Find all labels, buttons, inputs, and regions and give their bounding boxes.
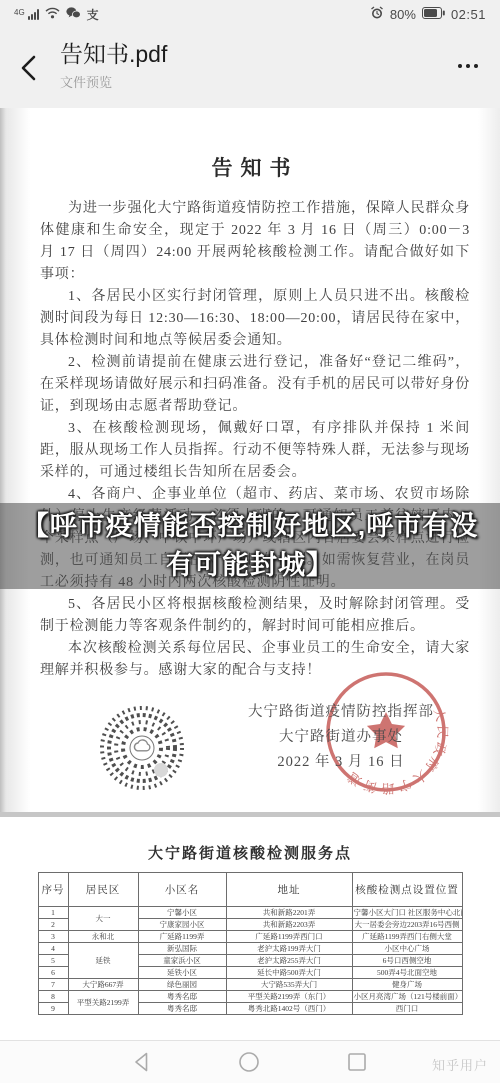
cell: 粤秀北路1402号（西门） [226, 1003, 352, 1015]
cell: 3 [38, 931, 68, 943]
header-titles: 告知书.pdf 文件预览 [60, 40, 167, 91]
cell: 平型关路2199弄（东门） [226, 991, 352, 1003]
table-title: 大宁路街道核酸检测服务点 [0, 842, 500, 863]
android-nav-bar: 知乎用户 [0, 1040, 500, 1083]
cell: 1 [38, 907, 68, 919]
cell: 平型关路2199弄 [68, 991, 138, 1015]
cell: 新弘国际 [138, 943, 226, 955]
table-row: 1 大一 宁馨小区 共和新路2201弄 宁馨小区大门口 社区服务中心北面 [38, 907, 462, 919]
cell: 7 [38, 979, 68, 991]
col-header-site: 核酸检测点设置位置 [352, 873, 462, 907]
notice-item-1: 1、各居民小区实行封闭管理，原则上人员只进不出。核酸检测时间段为每日 12:30… [40, 286, 470, 352]
cell: 9 [38, 1003, 68, 1015]
notice-intro: 为进一步强化大宁路街道疫情防控工作措施，保障人民群众身体健康和生命安全，现定于 … [40, 198, 470, 286]
col-header-district: 居民区 [68, 873, 138, 907]
nav-recents-icon[interactable] [346, 1051, 368, 1078]
col-header-index: 序号 [38, 873, 68, 907]
pdf-page-2[interactable]: 大宁路街道核酸检测服务点 序号 居民区 小区名 地址 核酸检测点设置位置 1 大… [0, 817, 500, 1040]
battery-icon [422, 7, 445, 22]
cell: 小区月亮湾广场（121号楼前面） [352, 991, 462, 1003]
back-button[interactable] [16, 52, 42, 84]
cell: 粤秀名邸 [138, 1003, 226, 1015]
cell: 大宁路535弄大门 [226, 979, 352, 991]
col-header-address: 地址 [226, 873, 352, 907]
notice-item-3: 3、在核酸检测现场，佩戴好口罩，有序排队并保持 1 米间距，服从现场工作人员指挥… [40, 418, 470, 484]
cell: 宁馨小区 [138, 907, 226, 919]
test-sites-table: 序号 居民区 小区名 地址 核酸检测点设置位置 1 大一 宁馨小区 共和新路22… [38, 872, 463, 1015]
cell: 大宁路667弄 [68, 979, 138, 991]
cell: 广延路1199弄西门右侧大堂 [352, 931, 462, 943]
alarm-icon [370, 6, 384, 23]
cell: 老沪太路255弄大门 [226, 955, 352, 967]
cell: 5 [38, 955, 68, 967]
app-header: 告知书.pdf 文件预览 [0, 28, 500, 108]
cell: 2 [38, 919, 68, 931]
wechat-icon [66, 7, 81, 22]
cell: 共和新路2201弄 [226, 907, 352, 919]
cell: 绿色丽园 [138, 979, 226, 991]
signature-line-1: 大宁路街道疫情防控指挥部 [248, 700, 434, 725]
cell: 6 [38, 967, 68, 979]
status-right-icons: 80% 02:51 [370, 6, 486, 23]
notice-item-5: 5、各居民小区将根据核酸检测结果，及时解除封闭管理。受制于检测能力等客观条件制约… [40, 594, 470, 638]
file-title: 告知书.pdf [60, 40, 167, 68]
cell: 西门口 [352, 1003, 462, 1015]
signal-strength-icon [28, 9, 39, 20]
zhihu-user-watermark: 知乎用户 [432, 1055, 488, 1074]
table-row: 3 永和北 广延路1199弄 广延路1199弄西门口 广延路1199弄西门右侧大… [38, 931, 462, 943]
table-row: 4 延铁 新弘国际 老沪太路199弄大门 小区中心广场 [38, 943, 462, 955]
file-preview-label: 文件预览 [60, 72, 167, 91]
cell: 共和新路2203弄 [226, 919, 352, 931]
pdf-page-1[interactable]: 告知书 为进一步强化大宁路街道疫情防控工作措施，保障人民群众身体健康和生命安全，… [0, 108, 500, 812]
wifi-icon [45, 7, 60, 22]
qr-code [98, 704, 186, 797]
cell: 童家浜小区 [138, 955, 226, 967]
cell: 广延路1199弄西门口 [226, 931, 352, 943]
cell: 延长中路500弄大门 [226, 967, 352, 979]
cell: 大一居委会旁边2203弄16号西侧 [352, 919, 462, 931]
video-caption-watermark: 【呼市疫情能否控制好地区,呼市有没有可能封城】 [0, 503, 500, 589]
more-menu-button[interactable] [458, 64, 482, 68]
status-bar: 4G 支 80% 02:51 [0, 0, 500, 28]
cell: 粤秀名邸 [138, 991, 226, 1003]
table-row: 7 大宁路667弄 绿色丽园 大宁路535弄大门 健身广场 [38, 979, 462, 991]
alipay-icon: 支 [87, 6, 99, 23]
cell: 永和北 [68, 931, 138, 943]
nav-home-icon[interactable] [238, 1051, 260, 1078]
notice-title: 告知书 [40, 152, 470, 182]
network-type-label: 4G [14, 9, 25, 17]
cell: 4 [38, 943, 68, 955]
cell: 广延路1199弄 [138, 931, 226, 943]
table-header-row: 序号 居民区 小区名 地址 核酸检测点设置位置 [38, 873, 462, 907]
signature-line-2: 大宁路街道办事处 [248, 725, 434, 750]
cell: 延铁 [68, 943, 138, 979]
table-row: 8 平型关路2199弄 粤秀名邸 平型关路2199弄（东门） 小区月亮湾广场（1… [38, 991, 462, 1003]
nav-back-icon[interactable] [131, 1051, 153, 1078]
cell: 500弄4号北面空地 [352, 967, 462, 979]
signature-block: 大宁路街道疫情防控指挥部 大宁路街道办事处 2022 年 3 月 16 日 [248, 700, 434, 775]
status-left-icons: 4G 支 [14, 6, 99, 23]
col-header-community: 小区名 [138, 873, 226, 907]
cell: 延铁小区 [138, 967, 226, 979]
clock-label: 02:51 [451, 7, 486, 22]
notice-item-2: 2、检测前请提前在健康云进行登记，准备好“登记二维码”，在采样现场请做好展示和扫… [40, 352, 470, 418]
cell: 小区中心广场 [352, 943, 462, 955]
cell: 6号口西侧空地 [352, 955, 462, 967]
cell: 大一 [68, 907, 138, 931]
cell: 8 [38, 991, 68, 1003]
cell: 宁康家园小区 [138, 919, 226, 931]
signature-date: 2022 年 3 月 16 日 [248, 750, 434, 775]
cell: 宁馨小区大门口 社区服务中心北面 [352, 907, 462, 919]
signature-row: 大宁路街道疫情防控指挥部 大宁路街道办事处 2022 年 3 月 16 日 人民… [40, 692, 470, 812]
cell: 健身广场 [352, 979, 462, 991]
phone-screen: 4G 支 80% 02:51 告知书.pdf [0, 0, 500, 1083]
battery-percent-label: 80% [390, 7, 416, 22]
cell: 老沪太路199弄大门 [226, 943, 352, 955]
